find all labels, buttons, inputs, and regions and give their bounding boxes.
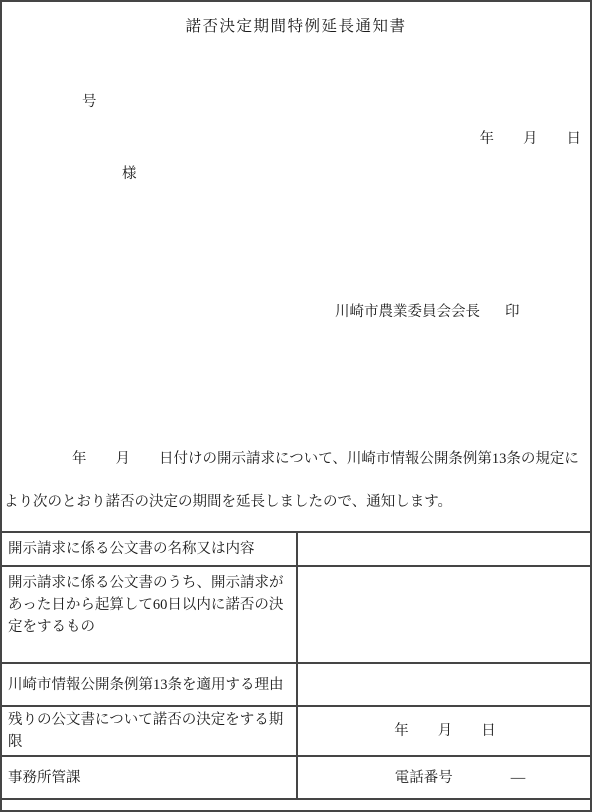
addressee-suffix: 様 <box>122 166 137 183</box>
document-title: 諾否決定期間特例延長通知書 <box>0 18 592 37</box>
body-paragraph-line-2: より次のとおり諾否の決定の期間を延長しましたので、通知します。 <box>4 493 452 511</box>
row-value-60day-decision <box>297 566 592 663</box>
row-label-remaining-deadline: 残りの公文書について諾否の決定をする期 限 <box>1 706 297 756</box>
body-paragraph-line-1: 年 月 日付けの開示請求について、川崎市情報公開条例第13条の規定に <box>72 450 579 468</box>
row-label-60day-decision: 開示請求に係る公文書のうち、開示請求が あった日から起算して60日以内に諾否の決… <box>1 566 297 663</box>
row-value-article13-reason <box>297 663 592 706</box>
document-number-suffix: 号 <box>82 94 97 111</box>
table-row-article13-reason: 川崎市情報公開条例第13条を適用する理由 <box>1 663 592 706</box>
notice-document-page: 諾否決定期間特例延長通知書 号 年 月 日 様 川崎市農業委員会会長 印 年 月… <box>0 0 592 812</box>
issuer-seal-mark: 印 <box>505 304 520 321</box>
row-label-document-name: 開示請求に係る公文書の名称又は内容 <box>1 532 297 566</box>
table-row-office-section: 事務所管課 電話番号 ― <box>1 756 592 799</box>
row-value-phone-number: 電話番号 ― <box>297 756 592 799</box>
row-label-article13-reason: 川崎市情報公開条例第13条を適用する理由 <box>1 663 297 706</box>
table-row-remaining-deadline: 残りの公文書について諾否の決定をする期 限 年 月 日 <box>1 706 592 756</box>
table-row-60day-decision: 開示請求に係る公文書のうち、開示請求が あった日から起算して60日以内に諾否の決… <box>1 566 592 663</box>
row-value-document-name <box>297 532 592 566</box>
row-label-office-section: 事務所管課 <box>1 756 297 799</box>
row-value-remaining-deadline-date: 年 月 日 <box>297 706 592 756</box>
issuer-name: 川崎市農業委員会会長 <box>335 304 480 321</box>
table-row-document-name: 開示請求に係る公文書の名称又は内容 <box>1 532 592 566</box>
notice-detail-table: 開示請求に係る公文書の名称又は内容 開示請求に係る公文書のうち、開示請求が あっ… <box>0 531 592 800</box>
issue-date-line: 年 月 日 <box>480 131 582 148</box>
